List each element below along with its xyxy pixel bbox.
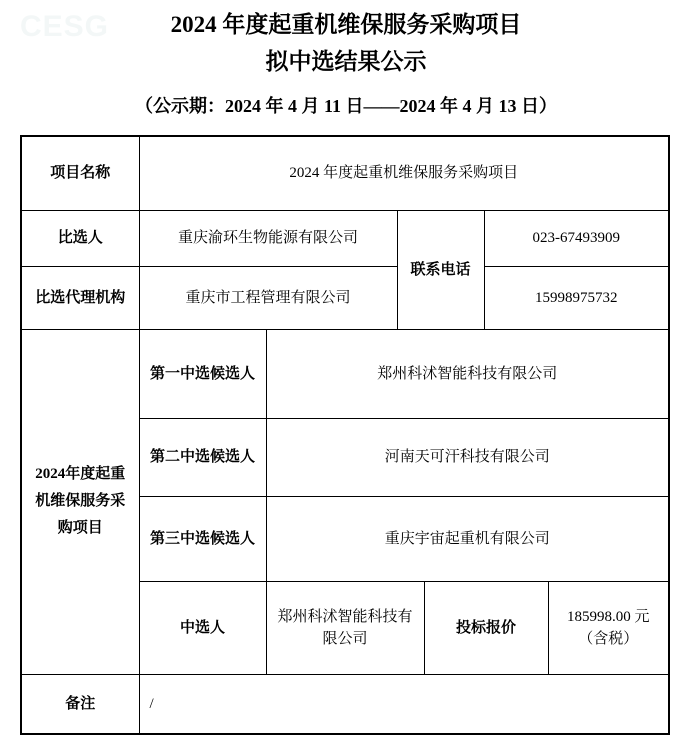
winner-value: 郑州科沭智能科技有限公司 (266, 581, 424, 674)
remark-label: 备注 (21, 674, 139, 734)
document-title-line1: 2024 年度起重机维保服务采购项目 (0, 6, 692, 43)
bid-price-value: 185998.00 元（含税） (548, 581, 669, 674)
contact-phone-label: 联系电话 (397, 210, 484, 329)
project-name-value: 2024 年度起重机维保服务采购项目 (139, 136, 669, 210)
project-name-label: 项目名称 (21, 136, 139, 210)
candidate2-label: 第二中选候选人 (139, 418, 266, 496)
row-remark: 备注 / (21, 674, 669, 734)
result-table: 项目名称 2024 年度起重机维保服务采购项目 比选人 重庆渝环生物能源有限公司… (20, 135, 670, 735)
agency-label: 比选代理机构 (21, 266, 139, 329)
candidate3-value: 重庆宇宙起重机有限公司 (266, 496, 669, 581)
project-section-label: 2024年度起重机维保服务采购项目 (21, 329, 139, 674)
agency-phone-value: 15998975732 (484, 266, 669, 329)
agency-value: 重庆市工程管理有限公司 (139, 266, 397, 329)
candidate3-label: 第三中选候选人 (139, 496, 266, 581)
remark-value: / (139, 674, 669, 734)
publicity-period: （公示期：2024 年 4 月 11 日——2024 年 4 月 13 日） (0, 91, 692, 121)
row-candidate1: 2024年度起重机维保服务采购项目 第一中选候选人 郑州科沭智能科技有限公司 (21, 329, 669, 418)
selector-phone-value: 023-67493909 (484, 210, 669, 266)
document-title-line2: 拟中选结果公示 (0, 43, 692, 80)
row-project-name: 项目名称 2024 年度起重机维保服务采购项目 (21, 136, 669, 210)
candidate1-label: 第一中选候选人 (139, 329, 266, 418)
row-agency: 比选代理机构 重庆市工程管理有限公司 15998975732 (21, 266, 669, 329)
winner-label: 中选人 (139, 581, 266, 674)
selector-value: 重庆渝环生物能源有限公司 (139, 210, 397, 266)
candidate1-value: 郑州科沭智能科技有限公司 (266, 329, 669, 418)
candidate2-value: 河南天可汗科技有限公司 (266, 418, 669, 496)
selector-label: 比选人 (21, 210, 139, 266)
title-block: 2024 年度起重机维保服务采购项目 拟中选结果公示 （公示期：2024 年 4… (0, 0, 692, 121)
bid-price-label: 投标报价 (424, 581, 548, 674)
row-selector: 比选人 重庆渝环生物能源有限公司 联系电话 023-67493909 (21, 210, 669, 266)
